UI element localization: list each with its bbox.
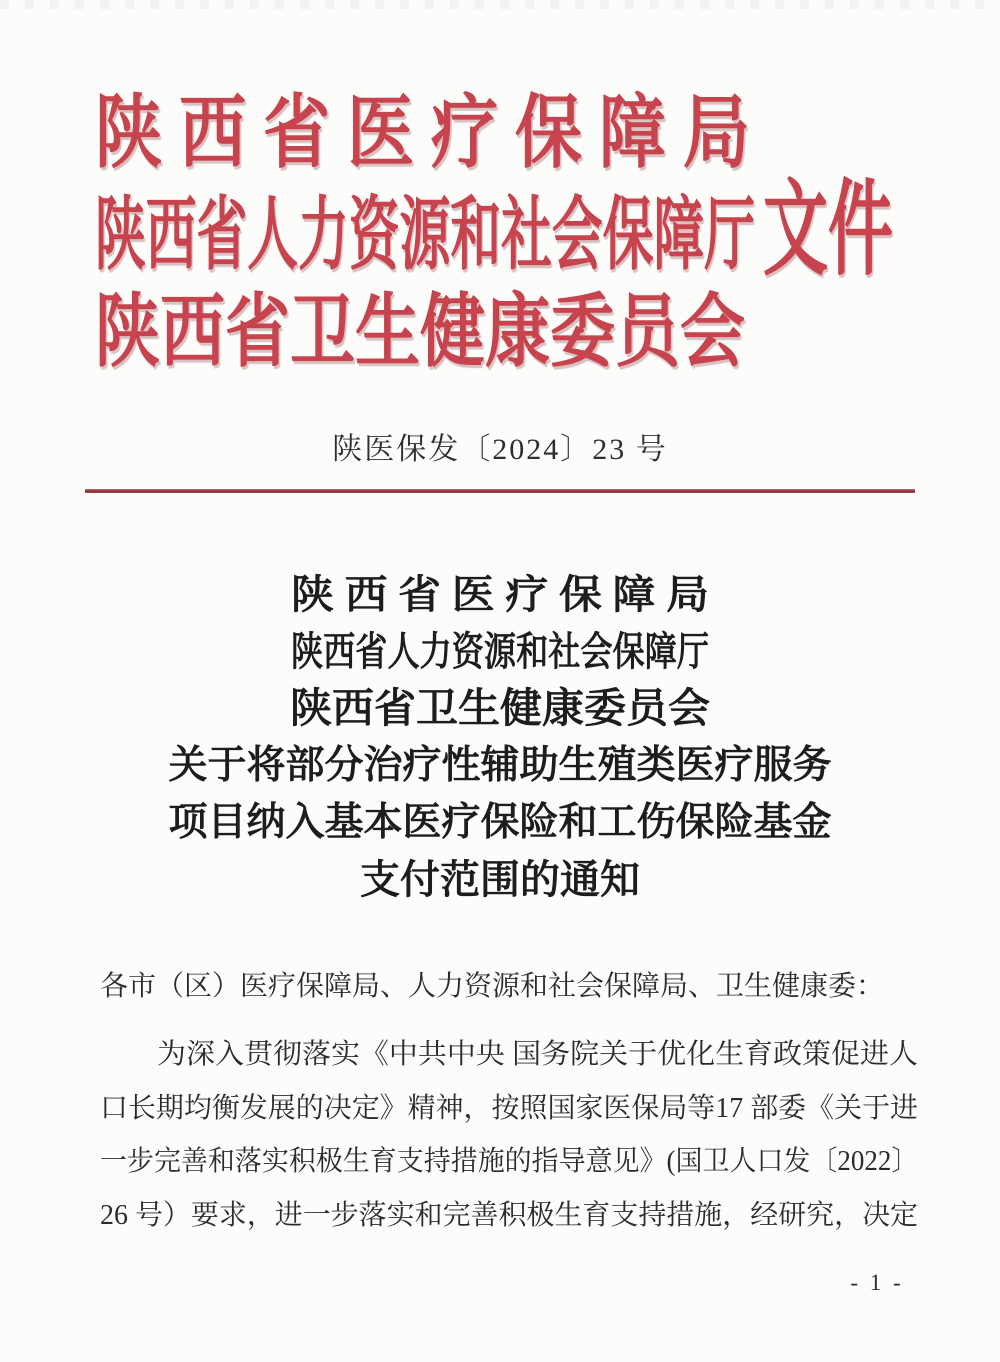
paragraph-line-4-text: 26 号）要求，进一步落实和完善积极生育支持措施，经研究，决定	[100, 1189, 918, 1243]
scan-fringe-decoration	[0, 0, 1000, 9]
title-line-3: 陕西省卫生健康委员会	[0, 680, 1000, 737]
title-line-4-text: 关于将部分治疗性辅助生殖类医疗服务	[168, 737, 831, 794]
letterhead-agency-line-2-text: 陕西省人力资源和社会保障厅	[95, 186, 755, 286]
paragraph-line-1-text: 为深入贯彻落实《中共中央 国务院关于优化生育政策促进人	[157, 1028, 918, 1082]
title-line-1: 陕 西 省 医 疗 保 障 局	[0, 566, 1000, 623]
red-divider-line	[85, 489, 915, 493]
title-line-2-text: 陕西省人力资源和社会保障厅	[291, 623, 709, 680]
paragraph-line-3-text: 一步完善和落实积极生育支持措施的指导意见》(国卫人口发〔2022〕	[100, 1135, 918, 1189]
paragraph-line-2-text: 口长期均衡发展的决定》精神，按照国家医保局等17 部委《关于进	[100, 1082, 918, 1136]
title-line-2: 陕西省人力资源和社会保障厅	[0, 623, 1000, 680]
paragraph-line: 一步完善和落实积极生育支持措施的指导意见》(国卫人口发〔2022〕	[100, 1135, 918, 1189]
title-line-1-text: 陕 西 省 医 疗 保 障 局	[291, 566, 709, 623]
letterhead-doc-type-label: 文件	[763, 172, 971, 290]
paragraph: 为深入贯彻落实《中共中央 国务院关于优化生育政策促进人 口长期均衡发展的决定》精…	[100, 1028, 918, 1242]
title-line-5: 项目纳入基本医疗保险和工伤保险基金	[0, 794, 1000, 851]
title-line-4: 关于将部分治疗性辅助生殖类医疗服务	[0, 737, 1000, 794]
salutation-line: 各市（区）医疗保障局、人力资源和社会保障局、卫生健康委：	[100, 964, 918, 1010]
document-page: 陕 西 省 医 疗 保 障 局 陕西省人力资源和社会保障厅 陕西省卫生健康委员会…	[0, 0, 1000, 1362]
letterhead-agency-line-3: 陕西省卫生健康委员会	[95, 286, 755, 381]
letterhead-agency-line-3-text: 陕西省卫生健康委员会	[95, 286, 745, 381]
title-line-6: 支付范围的通知	[0, 851, 1000, 908]
title-line-5-text: 项目纳入基本医疗保险和工伤保险基金	[168, 794, 831, 851]
doc-number: 陕医保发〔2024〕23 号	[0, 430, 1000, 470]
letterhead-doc-type-text: 文件	[763, 172, 893, 290]
paragraph-line: 口长期均衡发展的决定》精神，按照国家医保局等17 部委《关于进	[100, 1082, 918, 1136]
paragraph-line: 26 号）要求，进一步落实和完善积极生育支持措施，经研究，决定	[100, 1189, 918, 1243]
title-line-3-text: 陕西省卫生健康委员会	[290, 680, 710, 737]
letterhead-agency-line-1-text: 陕 西 省 医 疗 保 障 局	[95, 84, 750, 184]
letterhead-agency-line-2: 陕西省人力资源和社会保障厅	[95, 186, 755, 286]
title-line-6-text: 支付范围的通知	[360, 857, 640, 902]
document-title: 陕 西 省 医 疗 保 障 局 陕西省人力资源和社会保障厅 陕西省卫生健康委员会…	[0, 566, 1000, 908]
paragraph-line: 为深入贯彻落实《中共中央 国务院关于优化生育政策促进人	[100, 1028, 918, 1082]
page-number: - 1 -	[837, 1268, 917, 1298]
letterhead-agency-line-1: 陕 西 省 医 疗 保 障 局	[95, 84, 755, 184]
body-text: 各市（区）医疗保障局、人力资源和社会保障局、卫生健康委： 为深入贯彻落实《中共中…	[100, 964, 918, 1242]
